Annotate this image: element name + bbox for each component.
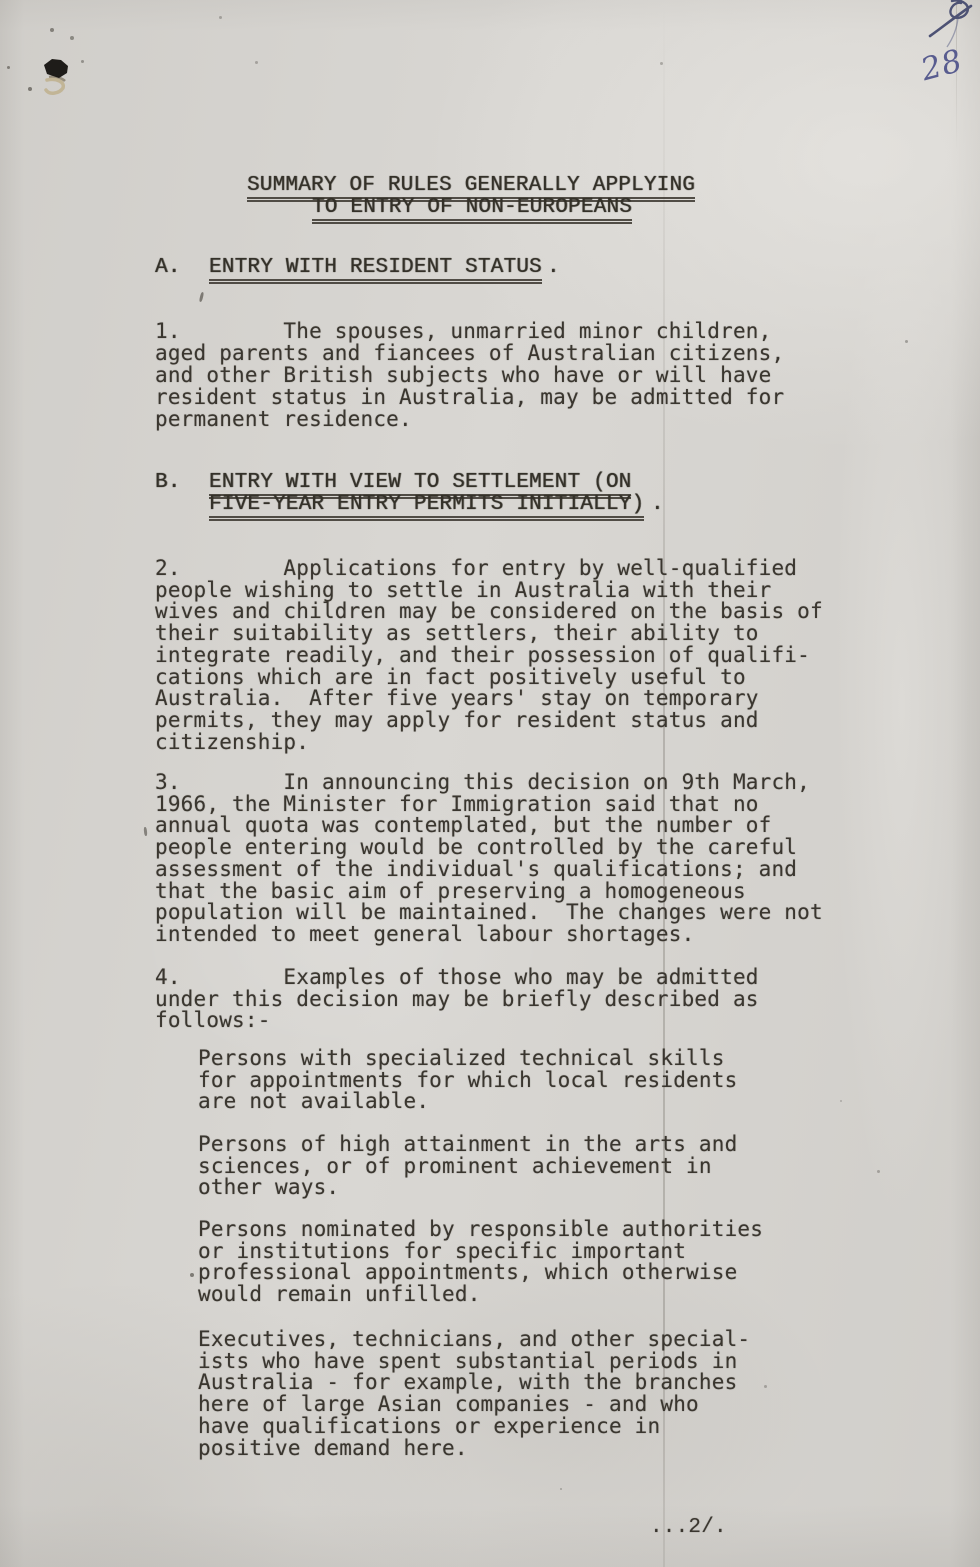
paper-speck (255, 61, 258, 64)
paper-speck (50, 28, 54, 32)
staple-hole (44, 59, 68, 78)
handwritten-annotations: 28 (895, 0, 980, 95)
section-b-heading-period: . (651, 494, 664, 516)
paper-tear-curl (46, 79, 63, 93)
paper-speck (660, 62, 663, 65)
paper-speck (764, 1385, 767, 1388)
paragraph-2: 2. Applications for entry by well-qualif… (155, 558, 823, 753)
section-a-heading-period: . (547, 257, 560, 279)
page-continuation-marker: ...2/. (650, 1517, 727, 1539)
example-technical-skills: Persons with specialized technical skill… (198, 1048, 737, 1113)
paragraph-3: 3. In announcing this decision on 9th Ma… (155, 772, 823, 946)
paper-speck (28, 87, 32, 91)
staple-mark (35, 52, 85, 107)
section-a-heading: ENTRY WITH RESIDENT STATUS (209, 257, 542, 284)
paper-speck (877, 1170, 880, 1173)
paragraph-1: 1. The spouses, unmarried minor children… (155, 320, 784, 430)
example-high-attainment: Persons of high attainment in the arts a… (198, 1134, 737, 1199)
paper-speck (219, 16, 222, 19)
paragraph-4: 4. Examples of those who may be admitted… (155, 967, 759, 1032)
handwritten-page-number: 28 (916, 43, 966, 89)
example-executives: Executives, technicians, and other speci… (198, 1329, 750, 1459)
paper-speck (7, 66, 10, 69)
paper-speck (560, 1488, 562, 1490)
paper-speck (70, 36, 74, 40)
section-b-label: B. (155, 472, 181, 494)
section-a-label: A. (155, 257, 181, 279)
paper-speck (840, 1100, 842, 1102)
document-title-line2: TO ENTRY OF NON-EUROPEANS (312, 197, 632, 224)
paper-speck (81, 60, 84, 63)
document-page: 28 SUMMARY OF RULES GENERALLY APPLYING T… (0, 0, 980, 1567)
paper-speck (905, 340, 908, 343)
example-nominated-persons: Persons nominated by responsible authori… (198, 1219, 763, 1306)
section-b-heading-line2: FIVE-YEAR ENTRY PERMITS INITIALLY) (209, 494, 644, 521)
paper-speck (190, 1273, 194, 1277)
